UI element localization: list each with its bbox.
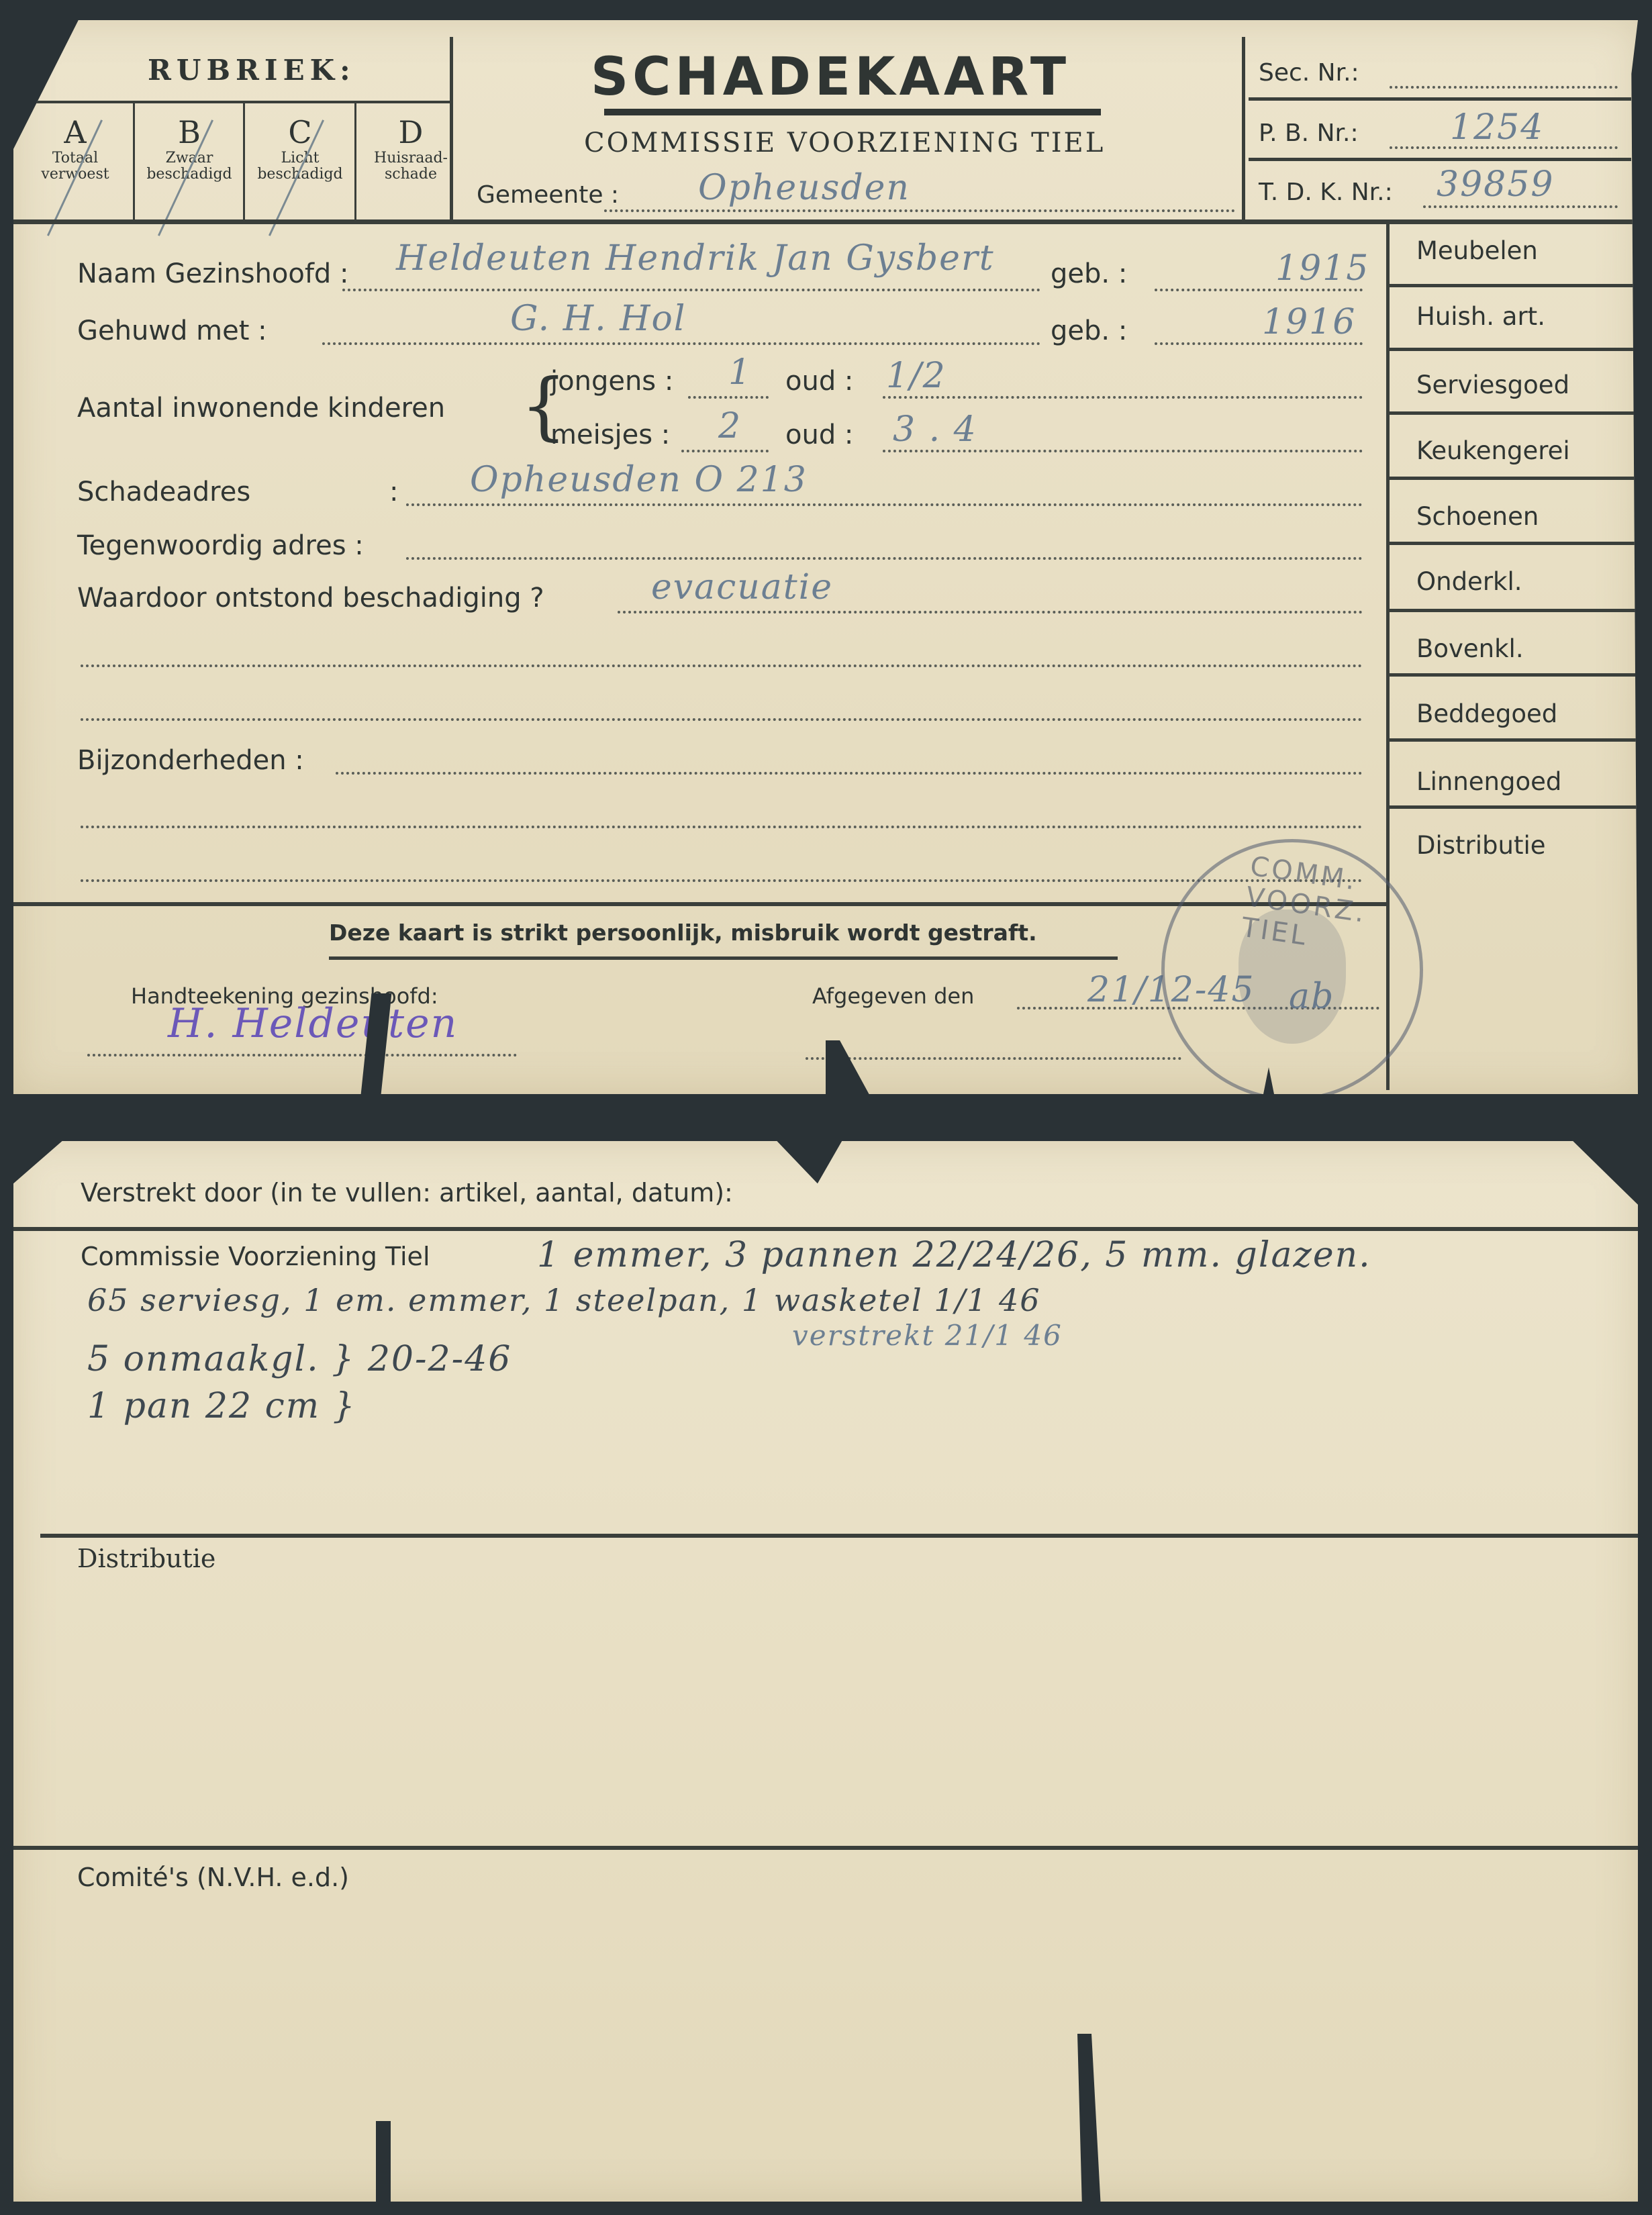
- waardoor-value: evacuatie: [651, 567, 833, 607]
- commissie-entry-1: 1 emmer, 3 pannen 22/24/26, 5 mm. glazen…: [537, 1235, 1371, 1275]
- bijzonderheden-line-2[interactable]: [81, 826, 1363, 828]
- naam-geb-label: geb. :: [1051, 258, 1127, 289]
- meisjes-oud-field[interactable]: [883, 450, 1363, 452]
- signature-value: H. Heldeuten: [168, 1000, 458, 1047]
- naam-label: Naam Gezinshoofd :: [77, 258, 349, 289]
- afgegeven-label: Afgegeven den: [812, 983, 974, 1009]
- kinderen-label: Aantal inwonende kinderen: [77, 393, 445, 424]
- jongens-field[interactable]: [688, 396, 769, 399]
- commissie-entry-5: 1 pan 22 cm }: [87, 1386, 356, 1426]
- category-distributie: Distributie: [1416, 831, 1546, 860]
- bijzonderheden-label: Bijzonderheden :: [77, 745, 304, 776]
- title-underline: [604, 109, 1101, 115]
- naam-geb-field[interactable]: [1155, 289, 1363, 291]
- pb-nr-value: 1254: [1450, 107, 1544, 148]
- naam-value: Heldeuten Hendrik Jan Gysbert: [396, 238, 995, 279]
- verstrekt-label: Verstrekt door (in te vullen: artikel, a…: [81, 1178, 733, 1208]
- tear: [1077, 2034, 1101, 2208]
- gehuwd-geb-label: geb. :: [1051, 315, 1127, 346]
- schadeadres-field[interactable]: [406, 503, 1363, 506]
- sec-nr-label: Sec. Nr.:: [1259, 59, 1359, 87]
- tear: [376, 2121, 391, 2208]
- naam-geb-value: 1915: [1275, 248, 1369, 289]
- schadeadres-value: Opheusden O 213: [470, 460, 808, 500]
- waardoor-field[interactable]: [618, 611, 1363, 613]
- subtitle: COMMISSIE VOORZIENING TIEL: [584, 128, 1105, 158]
- jongens-oud-value: 1/2: [886, 356, 946, 396]
- commissie-entry-2: 65 serviesg, 1 em. emmer, 1 steelpan, 1 …: [87, 1282, 1041, 1318]
- category-serviesgoed: Serviesgoed: [1416, 371, 1569, 399]
- tdk-nr-label: T. D. K. Nr.:: [1259, 179, 1393, 206]
- sec-nr-field[interactable]: [1390, 86, 1618, 89]
- bijzonderheden-field[interactable]: [336, 772, 1363, 775]
- category-onderkl: Onderkl.: [1416, 567, 1522, 596]
- distributie-label: Distributie: [77, 1544, 215, 1573]
- official-stamp: COMM. VOORZ. TIEL: [1161, 839, 1423, 1101]
- waardoor-label: Waardoor ontstond beschadiging ?: [77, 583, 544, 613]
- gehuwd-label: Gehuwd met :: [77, 315, 267, 346]
- extra-line-2[interactable]: [81, 718, 1363, 721]
- tdk-nr-field[interactable]: [1423, 205, 1618, 208]
- meisjes-label: meisjes :: [550, 420, 670, 450]
- comites-label: Comité's (N.V.H. e.d.): [77, 1863, 349, 1892]
- tear: [826, 1040, 873, 1101]
- jongens-label: jongens :: [550, 366, 673, 397]
- signature-field[interactable]: [87, 1054, 517, 1056]
- meisjes-oud-label: oud :: [785, 420, 853, 450]
- naam-field[interactable]: [342, 289, 1040, 291]
- tdk-nr-value: 39859: [1437, 164, 1554, 205]
- gemeente-label: Gemeente :: [477, 181, 619, 209]
- category-linnengoed: Linnengoed: [1416, 767, 1561, 796]
- gehuwd-geb-field[interactable]: [1155, 342, 1363, 345]
- category-beddegoed: Beddegoed: [1416, 699, 1557, 728]
- meisjes-field[interactable]: [681, 450, 769, 452]
- jongens-oud-label: oud :: [785, 366, 853, 397]
- notice-text: Deze kaart is strikt persoonlijk, misbru…: [329, 920, 1037, 946]
- commissie-entry-4: 5 onmaakgl. } 20-2-46: [87, 1339, 512, 1379]
- category-meubelen: Meubelen: [1416, 236, 1538, 265]
- page-title: SCHADEKAART: [591, 47, 1070, 107]
- jongens-value: 1: [728, 352, 752, 393]
- rubriek-title: RUBRIEK:: [148, 54, 356, 87]
- tegenwoordig-field[interactable]: [406, 557, 1363, 560]
- afgegeven-line-2[interactable]: [806, 1057, 1181, 1060]
- schadekaart-front: RUBRIEK: A Totaal verwoest B Zwaar besch…: [13, 20, 1638, 1094]
- commissie-entry-3: verstrekt 21/1 46: [792, 1319, 1063, 1352]
- coat-of-arms-icon: [1238, 909, 1346, 1044]
- jongens-oud-field[interactable]: [883, 396, 1363, 399]
- pb-nr-label: P. B. Nr.:: [1259, 119, 1359, 147]
- extra-line-1[interactable]: [81, 664, 1363, 667]
- gemeente-field[interactable]: [604, 209, 1235, 212]
- category-huish-art: Huish. art.: [1416, 302, 1545, 331]
- commissie-label: Commissie Voorziening Tiel: [81, 1242, 430, 1271]
- schadekaart-back: Verstrekt door (in te vullen: artikel, a…: [13, 1141, 1638, 2202]
- category-keukengerei: Keukengerei: [1416, 436, 1570, 465]
- rubriek-a: A Totaal verwoest: [20, 114, 130, 183]
- schadeadres-label: Schadeadres: [77, 477, 250, 507]
- gehuwd-geb-value: 1916: [1262, 302, 1356, 342]
- gemeente-value: Opheusden: [698, 168, 910, 208]
- category-bovenkl: Bovenkl.: [1416, 634, 1524, 663]
- meisjes-value: 2: [718, 406, 742, 446]
- gehuwd-field[interactable]: [322, 342, 1040, 345]
- tegenwoordig-label: Tegenwoordig adres :: [77, 530, 364, 561]
- meisjes-oud-value: 3 . 4: [893, 409, 977, 450]
- category-schoenen: Schoenen: [1416, 502, 1539, 531]
- gehuwd-value: G. H. Hol: [510, 299, 686, 339]
- rubriek-divider: [13, 101, 450, 103]
- bijzonderheden-line-3[interactable]: [81, 879, 1363, 882]
